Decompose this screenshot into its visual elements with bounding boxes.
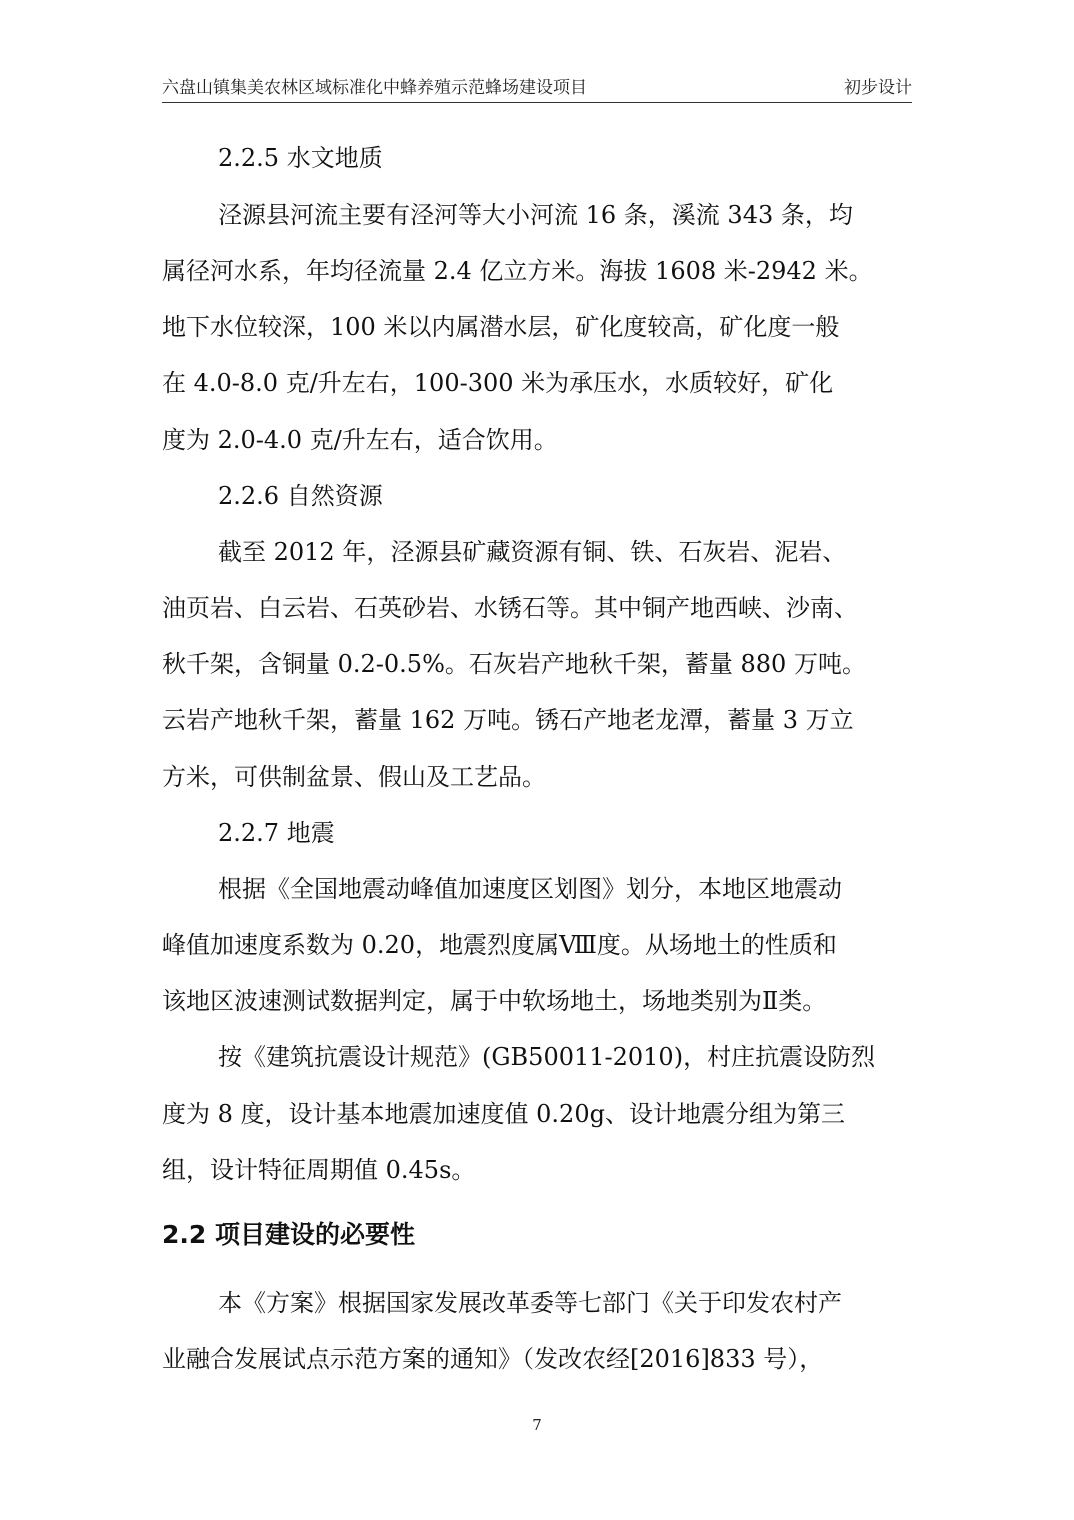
paragraph-line: 截至 2012 年，泾源县矿藏资源有铜、铁、石灰岩、泥岩、: [218, 536, 970, 568]
document-stage-label: 初步设计: [844, 76, 912, 100]
subsection-heading-natural-resources: 2.2.6 自然资源: [218, 480, 970, 512]
paragraph-line: 组，设计特征周期值 0.45s。: [162, 1154, 914, 1186]
paragraph-line: 云岩产地秋千架，蓄量 162 万吨。锈石产地老龙潭，蓄量 3 万立: [162, 704, 914, 736]
paragraph-line: 根据《全国地震动峰值加速度区划图》划分，本地区地震动: [218, 873, 970, 905]
paragraph-line: 油页岩、白云岩、石英砂岩、水锈石等。其中铜产地西峡、沙南、: [162, 592, 914, 624]
document-title: 六盘山镇集美农林区域标准化中蜂养殖示范蜂场建设项目: [162, 76, 587, 100]
paragraph-line: 秋千架，含铜量 0.2-0.5%。石灰岩产地秋千架，蓄量 880 万吨。: [162, 648, 914, 680]
subsection-heading-hydrogeology: 2.2.5 水文地质: [218, 142, 970, 174]
section-heading-necessity: 2.2 项目建设的必要性: [162, 1218, 415, 1252]
page-header: 六盘山镇集美农林区域标准化中蜂养殖示范蜂场建设项目 初步设计: [162, 76, 912, 103]
page-number: 7: [0, 1415, 1074, 1435]
paragraph-line: 度为 8 度，设计基本地震加速度值 0.20g、设计地震分组为第三: [162, 1098, 914, 1130]
paragraph-line: 在 4.0-8.0 克/升左右，100-300 米为承压水，水质较好，矿化: [162, 367, 914, 399]
paragraph-line: 方米，可供制盆景、假山及工艺品。: [162, 761, 914, 793]
paragraph-line: 业融合发展试点示范方案的通知》（发改农经[2016]833 号），: [162, 1343, 914, 1375]
paragraph-line: 按《建筑抗震设计规范》(GB50011-2010)，村庄抗震设防烈: [218, 1041, 970, 1073]
paragraph-line: 属径河水系，年均径流量 2.4 亿立方米。海拔 1608 米-2942 米。: [162, 255, 914, 287]
paragraph-line: 本《方案》根据国家发展改革委等七部门《关于印发农村产: [218, 1287, 970, 1319]
paragraph-line: 峰值加速度系数为 0.20，地震烈度属Ⅷ度。从场地土的性质和: [162, 929, 914, 961]
paragraph-line: 该地区波速测试数据判定，属于中软场地土，场地类别为Ⅱ类。: [162, 985, 914, 1017]
subsection-heading-earthquake: 2.2.7 地震: [218, 817, 970, 849]
paragraph-line: 泾源县河流主要有泾河等大小河流 16 条，溪流 343 条，均: [218, 199, 914, 231]
paragraph-line: 地下水位较深，100 米以内属潜水层，矿化度较高，矿化度一般: [162, 311, 914, 343]
paragraph-line: 度为 2.0-4.0 克/升左右，适合饮用。: [162, 424, 914, 456]
